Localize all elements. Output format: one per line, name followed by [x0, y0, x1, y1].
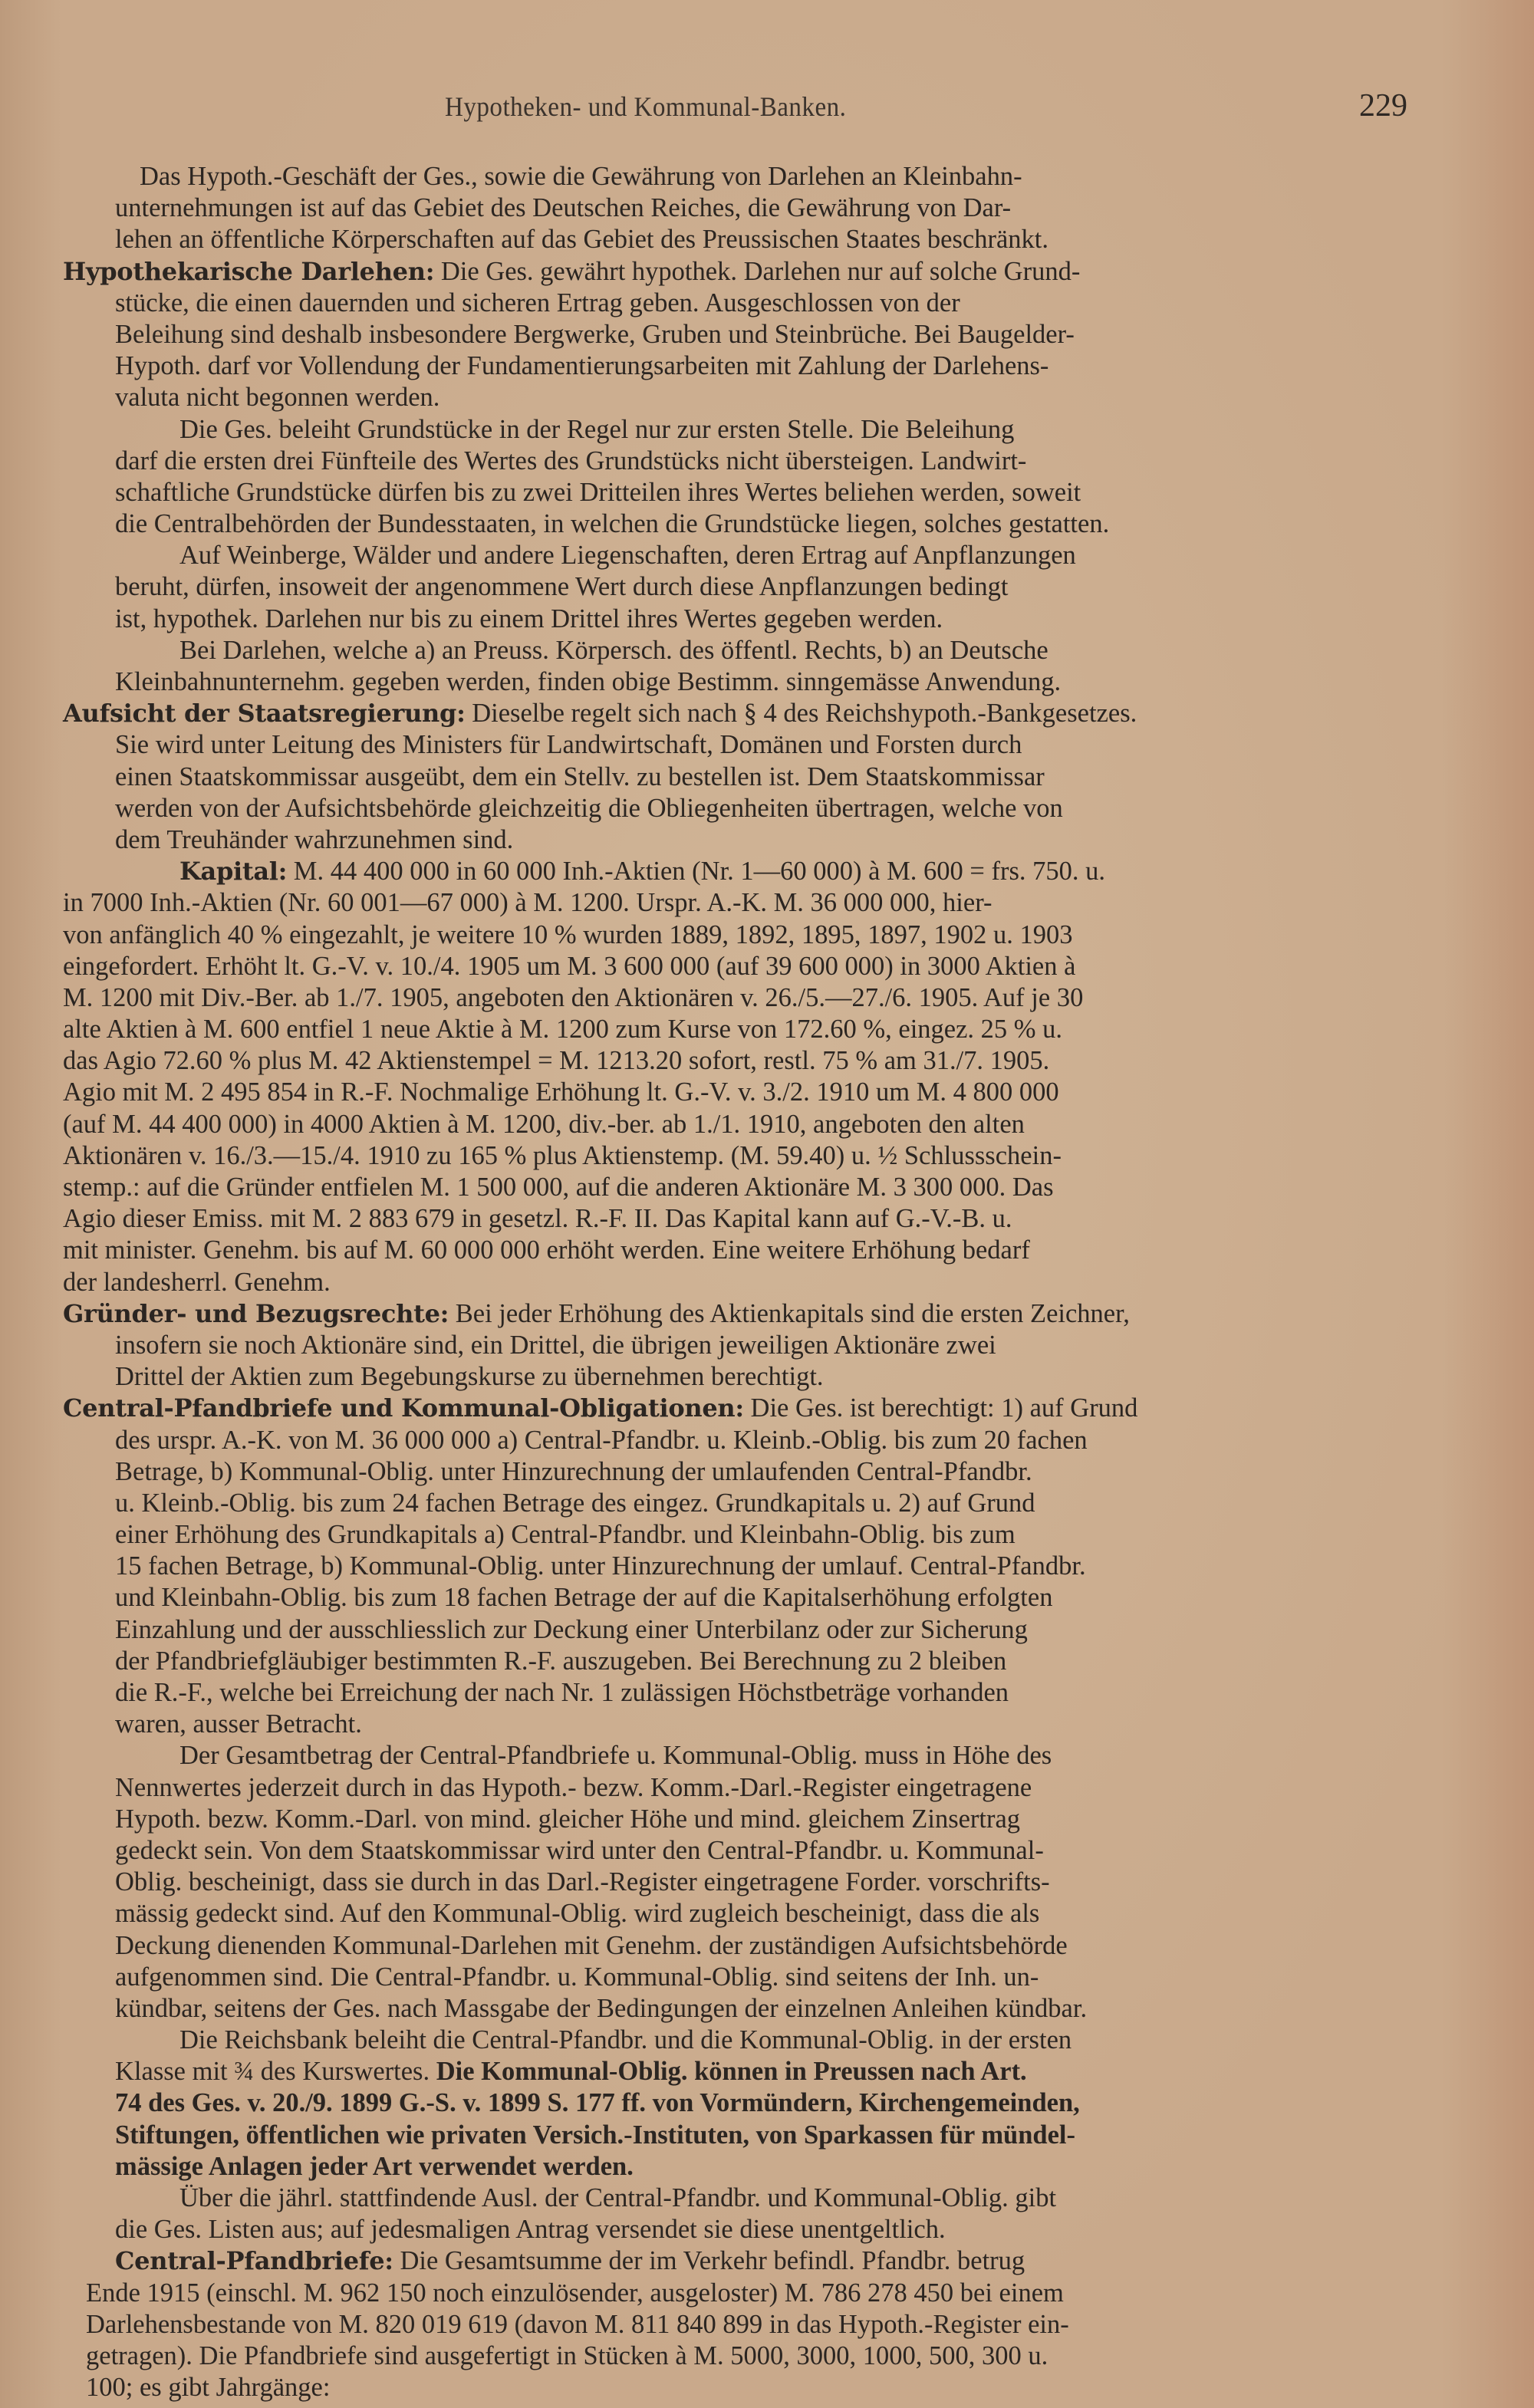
text-line: einen Staatskommissar ausgeübt, dem ein …	[63, 762, 1443, 793]
running-title: Hypotheken- und Kommunal-Banken.	[445, 90, 846, 123]
text-line: das Agio 72.60 % plus M. 42 Aktienstempe…	[63, 1045, 1443, 1077]
line-text: Auf Weinberge, Wälder und andere Liegens…	[179, 541, 1076, 570]
text-line: Hypothekarische Darlehen: Die Ges. gewäh…	[63, 256, 1443, 288]
text-line: Betrage, b) Kommunal-Oblig. unter Hinzur…	[63, 1456, 1443, 1488]
line-text: stücke, die einen dauernden und sicheren…	[115, 288, 960, 317]
text-line: kündbar, seitens der Ges. nach Massgabe …	[63, 1993, 1443, 2025]
text-line: valuta nicht begonnen werden.	[63, 382, 1443, 413]
line-text: gedeckt sein. Von dem Staatskommissar wi…	[115, 1836, 1044, 1865]
line-text: Kleinbahnunternehm. gegeben werden, find…	[115, 667, 1061, 696]
text-line: beruht, dürfen, insoweit der angenommene…	[63, 571, 1443, 603]
line-text: 15 fachen Betrage, b) Kommunal-Oblig. un…	[115, 1551, 1086, 1581]
text-line: Klasse mit ¾ des Kurswertes. Die Kommuna…	[63, 2056, 1443, 2087]
line-text: unternehmungen ist auf das Gebiet des De…	[115, 193, 1011, 222]
line-text: (auf M. 44 400 000) in 4000 Aktien à M. …	[63, 1110, 1025, 1139]
line-text: einen Staatskommissar ausgeübt, dem ein …	[115, 762, 1045, 791]
line-text: stemp.: auf die Gründer entfielen M. 1 5…	[63, 1173, 1054, 1202]
text-line: Stiftungen, öffentlichen wie privaten Ve…	[63, 2120, 1443, 2151]
section-heading: Gründer- und Bezugsrechte:	[63, 1299, 449, 1328]
line-text: Betrage, b) Kommunal-Oblig. unter Hinzur…	[115, 1457, 1032, 1486]
text-line: 74 des Ges. v. 20./9. 1899 G.-S. v. 1899…	[63, 2087, 1443, 2119]
paragraph-hypothekarische: Hypothekarische Darlehen: Die Ges. gewäh…	[63, 256, 1443, 414]
line-text: schaftliche Grundstücke dürfen bis zu zw…	[115, 478, 1081, 507]
text-line: 15 fachen Betrage, b) Kommunal-Oblig. un…	[63, 1551, 1443, 1582]
line-text: 74 des Ges. v. 20./9. 1899 G.-S. v. 1899…	[115, 2088, 1080, 2117]
line-text: Agio dieser Emiss. mit M. 2 883 679 in g…	[63, 1204, 1012, 1233]
line-text: Die Ges. gewährt hypothek. Darlehen nur …	[434, 257, 1080, 286]
line-text: alte Aktien à M. 600 entfiel 1 neue Akti…	[63, 1015, 1062, 1044]
line-text: Bei jeder Erhöhung des Aktienkapitals si…	[449, 1299, 1130, 1328]
text-line: Die Reichsbank beleiht die Central-Pfand…	[63, 2025, 1443, 2056]
line-text: Die Reichsbank beleiht die Central-Pfand…	[179, 2025, 1071, 2054]
line-text: insofern sie noch Aktionäre sind, ein Dr…	[115, 1331, 996, 1360]
line-text: ist, hypothek. Darlehen nur bis zu einem…	[115, 604, 943, 633]
text-line: einer Erhöhung des Grundkapitals a) Cent…	[63, 1519, 1443, 1551]
line-text: Klasse mit ¾ des Kurswertes.	[115, 2057, 436, 2086]
paragraph-reichsbank: Die Reichsbank beleiht die Central-Pfand…	[63, 2025, 1443, 2183]
line-text: Oblig. bescheinigt, dass sie durch in da…	[115, 1867, 1050, 1896]
text-line: waren, ausser Betracht.	[63, 1709, 1443, 1740]
line-text: u. Kleinb.-Oblig. bis zum 24 fachen Betr…	[115, 1489, 1035, 1518]
line-text: Hypoth. bezw. Komm.-Darl. von mind. glei…	[115, 1804, 1020, 1834]
paragraph-aufsicht: Aufsicht der Staatsregierung: Dieselbe r…	[63, 698, 1443, 856]
text-line: darf die ersten drei Fünfteile des Werte…	[63, 446, 1443, 477]
paragraph-gruender: Gründer- und Bezugsrechte: Bei jeder Erh…	[63, 1298, 1443, 1393]
line-text: die Ges. Listen aus; auf jedesmaligen An…	[115, 2215, 946, 2244]
line-text: darf die ersten drei Fünfteile des Werte…	[115, 446, 1026, 475]
line-text: der Pfandbriefgläubiger bestimmten R.-F.…	[115, 1646, 1006, 1676]
line-text: mit minister. Genehm. bis auf M. 60 000 …	[63, 1235, 1030, 1265]
line-text: mässig gedeckt sind. Auf den Kommunal-Ob…	[115, 1899, 1039, 1928]
text-line: insofern sie noch Aktionäre sind, ein Dr…	[63, 1330, 1443, 1361]
section-heading: Kapital:	[179, 857, 287, 886]
text-line: stemp.: auf die Gründer entfielen M. 1 5…	[63, 1172, 1443, 1203]
text-line: dem Treuhänder wahrzunehmen sind.	[63, 824, 1443, 856]
paragraph-intro: Das Hypoth.-Geschäft der Ges., sowie die…	[63, 161, 1443, 256]
line-text: Bei Darlehen, welche a) an Preuss. Körpe…	[179, 636, 1048, 665]
line-text: Ende 1915 (einschl. M. 962 150 noch einz…	[86, 2278, 1064, 2308]
text-line: Hypoth. bezw. Komm.-Darl. von mind. glei…	[63, 1804, 1443, 1835]
line-text: Nennwertes jederzeit durch in das Hypoth…	[115, 1773, 1032, 1802]
text-line: die Ges. Listen aus; auf jedesmaligen An…	[63, 2214, 1443, 2245]
line-text: dem Treuhänder wahrzunehmen sind.	[115, 825, 513, 854]
text-line: aufgenommen sind. Die Central-Pfandbr. u…	[63, 1962, 1443, 1993]
text-line: werden von der Aufsichtsbehörde gleichze…	[63, 793, 1443, 824]
paragraph-auslosung: Über die jährl. stattfindende Ausl. der …	[63, 2183, 1443, 2245]
line-text: Die Gesamtsumme der im Verkehr befindl. …	[393, 2246, 1025, 2275]
line-text: 100; es gibt Jahrgänge:	[86, 2373, 330, 2402]
text-line: eingefordert. Erhöht lt. G.-V. v. 10./4.…	[63, 951, 1443, 982]
line-text: aufgenommen sind. Die Central-Pfandbr. u…	[115, 1962, 1039, 1992]
line-text: mässige Anlagen jeder Art verwendet werd…	[115, 2152, 634, 2181]
line-text: Deckung dienenden Kommunal-Darlehen mit …	[115, 1931, 1068, 1960]
line-text: Die Ges. beleiht Grundstücke in der Rege…	[179, 415, 1014, 444]
text-line: Die Ges. beleiht Grundstücke in der Rege…	[63, 414, 1443, 446]
line-text: Sie wird unter Leitung des Ministers für…	[115, 730, 1022, 759]
line-text: werden von der Aufsichtsbehörde gleichze…	[115, 794, 1063, 823]
line-text: Einzahlung und der ausschliesslich zur D…	[115, 1615, 1028, 1644]
text-line: Central-Pfandbriefe: Die Gesamtsumme der…	[63, 2245, 1443, 2277]
text-line: M. 1200 mit Div.-Ber. ab 1./7. 1905, ang…	[63, 982, 1443, 1014]
running-header: Hypotheken- und Kommunal-Banken. 229	[0, 90, 1534, 129]
text-line: Über die jährl. stattfindende Ausl. der …	[63, 2183, 1443, 2214]
text-line: mit minister. Genehm. bis auf M. 60 000 …	[63, 1235, 1443, 1266]
text-line: Ende 1915 (einschl. M. 962 150 noch einz…	[63, 2278, 1443, 2309]
line-text: die Centralbehörden der Bundesstaaten, i…	[115, 509, 1109, 538]
section-heading: Hypothekarische Darlehen:	[63, 257, 434, 286]
section-heading: Central-Pfandbriefe:	[115, 2246, 393, 2275]
text-line: des urspr. A.-K. von M. 36 000 000 a) Ce…	[63, 1425, 1443, 1456]
text-line: die Centralbehörden der Bundesstaaten, i…	[63, 508, 1443, 540]
line-text: Agio mit M. 2 495 854 in R.-F. Nochmalig…	[63, 1077, 1059, 1107]
line-text: kündbar, seitens der Ges. nach Massgabe …	[115, 1994, 1087, 2023]
section-heading: Aufsicht der Staatsregierung:	[63, 699, 466, 728]
text-line: Der Gesamtbetrag der Central-Pfandbriefe…	[63, 1740, 1443, 1771]
text-line: Central-Pfandbriefe und Kommunal-Obligat…	[63, 1393, 1443, 1424]
text-line: Beleihung sind deshalb insbesondere Berg…	[63, 319, 1443, 350]
line-text: Die Ges. ist berechtigt: 1) auf Grund	[744, 1393, 1138, 1423]
paragraph-gesamtbetrag: Der Gesamtbetrag der Central-Pfandbriefe…	[63, 1740, 1443, 2025]
line-text: Stiftungen, öffentlichen wie privaten Ve…	[115, 2120, 1075, 2150]
text-line: Kapital: M. 44 400 000 in 60 000 Inh.-Ak…	[63, 856, 1443, 887]
body-text: Das Hypoth.-Geschäft der Ges., sowie die…	[63, 161, 1443, 2403]
line-text: Dieselbe regelt sich nach § 4 des Reichs…	[466, 699, 1137, 728]
text-line: lehen an öffentliche Körperschaften auf …	[63, 224, 1443, 255]
text-line: Sie wird unter Leitung des Ministers für…	[63, 729, 1443, 761]
book-page: Hypotheken- und Kommunal-Banken. 229 Das…	[0, 0, 1534, 2408]
line-text: das Agio 72.60 % plus M. 42 Aktienstempe…	[63, 1046, 1049, 1075]
line-text: der landesherrl. Genehm.	[63, 1268, 331, 1297]
line-text: die R.-F., welche bei Erreichung der nac…	[115, 1678, 1009, 1707]
text-line: Oblig. bescheinigt, dass sie durch in da…	[63, 1867, 1443, 1898]
text-line: Nennwertes jederzeit durch in das Hypoth…	[63, 1772, 1443, 1804]
text-line: (auf M. 44 400 000) in 4000 Aktien à M. …	[63, 1109, 1443, 1140]
line-text: in 7000 Inh.-Aktien (Nr. 60 001—67 000) …	[63, 888, 992, 917]
paragraph-kapital: Kapital: M. 44 400 000 in 60 000 Inh.-Ak…	[63, 856, 1443, 1298]
text-line: Auf Weinberge, Wälder und andere Liegens…	[63, 540, 1443, 571]
text-line: Aufsicht der Staatsregierung: Dieselbe r…	[63, 698, 1443, 729]
line-text: lehen an öffentliche Körperschaften auf …	[115, 225, 1048, 254]
line-text: Der Gesamtbetrag der Central-Pfandbriefe…	[179, 1741, 1052, 1770]
text-line: stücke, die einen dauernden und sicheren…	[63, 288, 1443, 319]
line-text: von anfänglich 40 % eingezahlt, je weite…	[63, 920, 1072, 949]
text-line: Einzahlung und der ausschliesslich zur D…	[63, 1614, 1443, 1646]
text-line: Kleinbahnunternehm. gegeben werden, find…	[63, 666, 1443, 698]
line-text: Aktionären v. 16./3.—15./4. 1910 zu 165 …	[63, 1141, 1062, 1170]
bold-text: Die Kommunal-Oblig. können in Preussen n…	[436, 2057, 1027, 2086]
text-line: der Pfandbriefgläubiger bestimmten R.-F.…	[63, 1646, 1443, 1677]
text-line: die R.-F., welche bei Erreichung der nac…	[63, 1677, 1443, 1709]
line-text: des urspr. A.-K. von M. 36 000 000 a) Ce…	[115, 1426, 1088, 1455]
text-line: Agio dieser Emiss. mit M. 2 883 679 in g…	[63, 1203, 1443, 1235]
text-line: 100; es gibt Jahrgänge:	[63, 2372, 1443, 2403]
text-line: ist, hypothek. Darlehen nur bis zu einem…	[63, 604, 1443, 635]
paragraph-beleihung: Die Ges. beleiht Grundstücke in der Rege…	[63, 414, 1443, 541]
line-text: Darlehensbestande von M. 820 019 619 (da…	[86, 2310, 1069, 2339]
line-text: Das Hypoth.-Geschäft der Ges., sowie die…	[140, 162, 1022, 191]
line-text: Hypoth. darf vor Vollendung der Fundamen…	[115, 351, 1048, 380]
line-text: M. 44 400 000 in 60 000 Inh.-Aktien (Nr.…	[287, 857, 1105, 886]
paragraph-central-pfandbriefe: Central-Pfandbriefe: Die Gesamtsumme der…	[63, 2245, 1443, 2403]
paragraph-weinberge: Auf Weinberge, Wälder und andere Liegens…	[63, 540, 1443, 635]
text-line: Aktionären v. 16./3.—15./4. 1910 zu 165 …	[63, 1140, 1443, 1172]
text-line: von anfänglich 40 % eingezahlt, je weite…	[63, 919, 1443, 951]
text-line: schaftliche Grundstücke dürfen bis zu zw…	[63, 477, 1443, 508]
paragraph-bei-darlehen: Bei Darlehen, welche a) an Preuss. Körpe…	[63, 635, 1443, 698]
line-text: M. 1200 mit Div.-Ber. ab 1./7. 1905, ang…	[63, 983, 1083, 1012]
line-text: beruht, dürfen, insoweit der angenommene…	[115, 572, 1008, 601]
line-text: Über die jährl. stattfindende Ausl. der …	[179, 2183, 1056, 2212]
line-text: Beleihung sind deshalb insbesondere Berg…	[115, 320, 1075, 349]
text-line: und Kleinbahn-Oblig. bis zum 18 fachen B…	[63, 1582, 1443, 1614]
text-line: Agio mit M. 2 495 854 in R.-F. Nochmalig…	[63, 1077, 1443, 1108]
paragraph-central-kommunal: Central-Pfandbriefe und Kommunal-Obligat…	[63, 1393, 1443, 1740]
text-line: alte Aktien à M. 600 entfiel 1 neue Akti…	[63, 1014, 1443, 1045]
text-line: mässig gedeckt sind. Auf den Kommunal-Ob…	[63, 1898, 1443, 1929]
line-text: getragen). Die Pfandbriefe sind ausgefer…	[86, 2341, 1048, 2370]
line-text: waren, ausser Betracht.	[115, 1709, 362, 1739]
page-number: 229	[1359, 87, 1407, 124]
text-line: u. Kleinb.-Oblig. bis zum 24 fachen Betr…	[63, 1488, 1443, 1519]
text-line: der landesherrl. Genehm.	[63, 1267, 1443, 1298]
text-line: Gründer- und Bezugsrechte: Bei jeder Erh…	[63, 1298, 1443, 1330]
text-line: mässige Anlagen jeder Art verwendet werd…	[63, 2151, 1443, 2183]
line-text: valuta nicht begonnen werden.	[115, 383, 439, 412]
text-line: Deckung dienenden Kommunal-Darlehen mit …	[63, 1930, 1443, 1962]
line-text: Drittel der Aktien zum Begebungskurse zu…	[115, 1362, 824, 1391]
text-line: gedeckt sein. Von dem Staatskommissar wi…	[63, 1835, 1443, 1867]
text-line: Das Hypoth.-Geschäft der Ges., sowie die…	[63, 161, 1443, 192]
text-line: in 7000 Inh.-Aktien (Nr. 60 001—67 000) …	[63, 887, 1443, 919]
text-line: getragen). Die Pfandbriefe sind ausgefer…	[63, 2341, 1443, 2372]
text-line: Hypoth. darf vor Vollendung der Fundamen…	[63, 350, 1443, 382]
text-line: Darlehensbestande von M. 820 019 619 (da…	[63, 2309, 1443, 2341]
section-heading: Central-Pfandbriefe und Kommunal-Obligat…	[63, 1393, 744, 1423]
line-text: und Kleinbahn-Oblig. bis zum 18 fachen B…	[115, 1583, 1052, 1612]
line-text: eingefordert. Erhöht lt. G.-V. v. 10./4.…	[63, 952, 1075, 981]
line-text: einer Erhöhung des Grundkapitals a) Cent…	[115, 1520, 1016, 1549]
text-line: Drittel der Aktien zum Begebungskurse zu…	[63, 1361, 1443, 1393]
text-line: unternehmungen ist auf das Gebiet des De…	[63, 192, 1443, 224]
text-line: Bei Darlehen, welche a) an Preuss. Körpe…	[63, 635, 1443, 666]
